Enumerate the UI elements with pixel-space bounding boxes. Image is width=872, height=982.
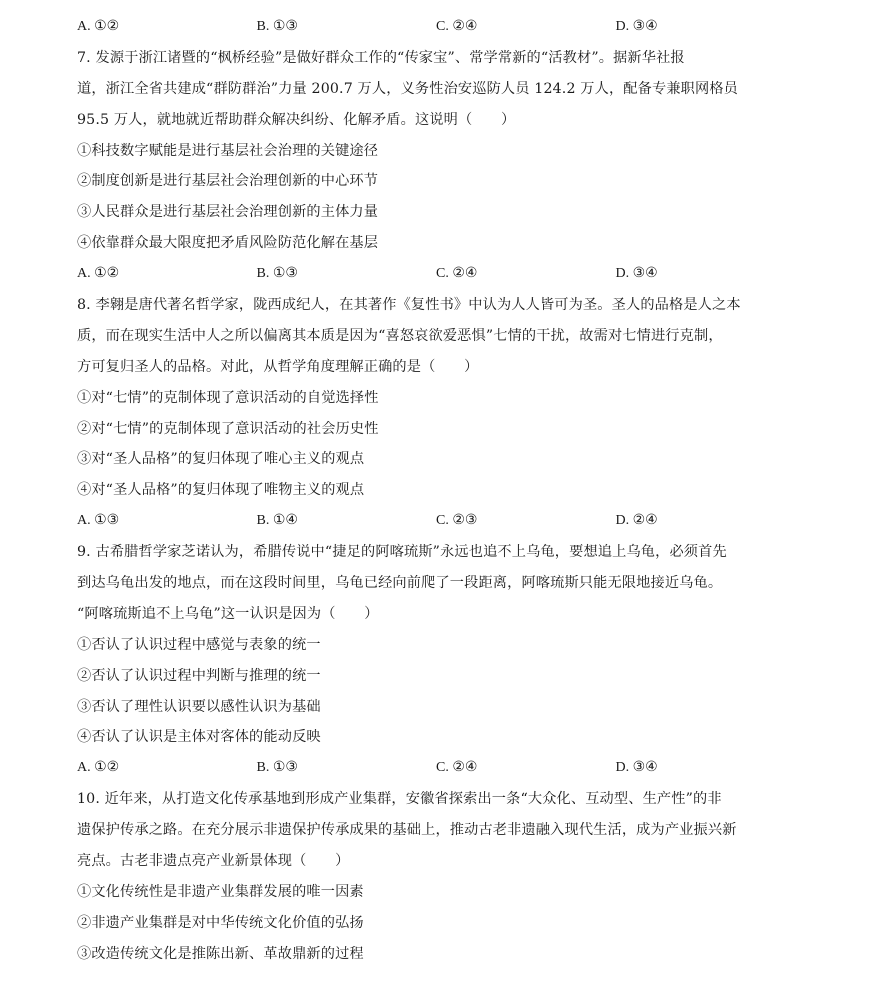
option-d: D. ③④ [616, 16, 796, 47]
statement-3: ③改造传统文化是推陈出新、革故鼎新的过程 [77, 943, 797, 974]
option-c: C. ②④ [436, 16, 616, 47]
statement-1: ①否认了认识过程中感觉与表象的统一 [77, 634, 797, 665]
q9-options: A. ①② B. ①③ C. ②④ D. ③④ [77, 757, 797, 788]
statement-4: ④依靠群众最大限度把矛盾风险防范化解在基层 [77, 232, 797, 263]
question-stem-line: 道，浙江全省共建成“群防群治”力量 200.7 万人，义务性治安巡防人员 124… [77, 78, 797, 109]
question-stem-line: 7. 发源于浙江诸暨的“枫桥经验”是做好群众工作的“传家宝”、常学常新的“活教材… [77, 47, 797, 78]
option-b: B. ①③ [257, 16, 437, 47]
question-stem-line: 质，而在现实生活中人之所以偏离其本质是因为“喜怒哀欲爱恶惧”七情的干扰，故需对七… [77, 325, 797, 356]
statement-4: ④对“圣人品格”的复归体现了唯物主义的观点 [77, 479, 797, 510]
q8-options: A. ①③ B. ①④ C. ②③ D. ②④ [77, 510, 797, 541]
statement-1: ①对“七情”的克制体现了意识活动的自觉选择性 [77, 387, 797, 418]
question-stem-line: “阿喀琉斯追不上乌龟”这一认识是因为（ ） [77, 603, 797, 634]
option-c: C. ②④ [436, 757, 616, 788]
q6-options: A. ①② B. ①③ C. ②④ D. ③④ [77, 16, 797, 47]
question-stem-line: 亮点。古老非遗点亮产业新景体现（ ） [77, 850, 797, 881]
option-a: A. ①② [77, 16, 257, 47]
question-stem-line: 到达乌龟出发的地点，而在这段时间里，乌龟已经向前爬了一段距离，阿喀琉斯只能无限地… [77, 572, 797, 603]
question-9: 9. 古希腊哲学家芝诺认为，希腊传说中“捷足的阿喀琉斯”永远也追不上乌龟，要想追… [77, 541, 797, 788]
option-a: A. ①② [77, 263, 257, 294]
statement-1: ①文化传统性是非遗产业集群发展的唯一因素 [77, 881, 797, 912]
statement-2: ②否认了认识过程中判断与推理的统一 [77, 665, 797, 696]
option-d: D. ③④ [616, 263, 796, 294]
option-b: B. ①③ [257, 263, 437, 294]
statement-3: ③人民群众是进行基层社会治理创新的主体力量 [77, 201, 797, 232]
exam-page: A. ①② B. ①③ C. ②④ D. ③④ 7. 发源于浙江诸暨的“枫桥经验… [77, 16, 797, 974]
statement-2: ②制度创新是进行基层社会治理创新的中心环节 [77, 170, 797, 201]
question-stem-line: 10. 近年来，从打造文化传承基地到形成产业集群，安徽省探索出一条“大众化、互动… [77, 788, 797, 819]
question-stem-line: 遗保护传承之路。在充分展示非遗保护传承成果的基础上，推动古老非遗融入现代生活，成… [77, 819, 797, 850]
question-stem-line: 9. 古希腊哲学家芝诺认为，希腊传说中“捷足的阿喀琉斯”永远也追不上乌龟，要想追… [77, 541, 797, 572]
question-8: 8. 李翱是唐代著名哲学家，陇西成纪人，在其著作《复性书》中认为人人皆可为圣。圣… [77, 294, 797, 541]
statement-2: ②非遗产业集群是对中华传统文化价值的弘扬 [77, 912, 797, 943]
option-c: C. ②③ [436, 510, 616, 541]
statement-3: ③否认了理性认识要以感性认识为基础 [77, 696, 797, 727]
statement-2: ②对“七情”的克制体现了意识活动的社会历史性 [77, 418, 797, 449]
option-a: A. ①② [77, 757, 257, 788]
question-stem-line: 方可复归圣人的品格。对此，从哲学角度理解正确的是（ ） [77, 356, 797, 387]
q7-options: A. ①② B. ①③ C. ②④ D. ③④ [77, 263, 797, 294]
option-b: B. ①③ [257, 757, 437, 788]
question-stem-line: 8. 李翱是唐代著名哲学家，陇西成纪人，在其著作《复性书》中认为人人皆可为圣。圣… [77, 294, 797, 325]
option-b: B. ①④ [257, 510, 437, 541]
statement-4: ④否认了认识是主体对客体的能动反映 [77, 726, 797, 757]
option-c: C. ②④ [436, 263, 616, 294]
option-d: D. ③④ [616, 757, 796, 788]
question-7: 7. 发源于浙江诸暨的“枫桥经验”是做好群众工作的“传家宝”、常学常新的“活教材… [77, 47, 797, 294]
option-d: D. ②④ [616, 510, 796, 541]
question-stem-line: 95.5 万人，就地就近帮助群众解决纠纷、化解矛盾。这说明（ ） [77, 109, 797, 140]
question-10: 10. 近年来，从打造文化传承基地到形成产业集群，安徽省探索出一条“大众化、互动… [77, 788, 797, 973]
statement-3: ③对“圣人品格”的复归体现了唯心主义的观点 [77, 448, 797, 479]
option-a: A. ①③ [77, 510, 257, 541]
statement-1: ①科技数字赋能是进行基层社会治理的关键途径 [77, 140, 797, 171]
